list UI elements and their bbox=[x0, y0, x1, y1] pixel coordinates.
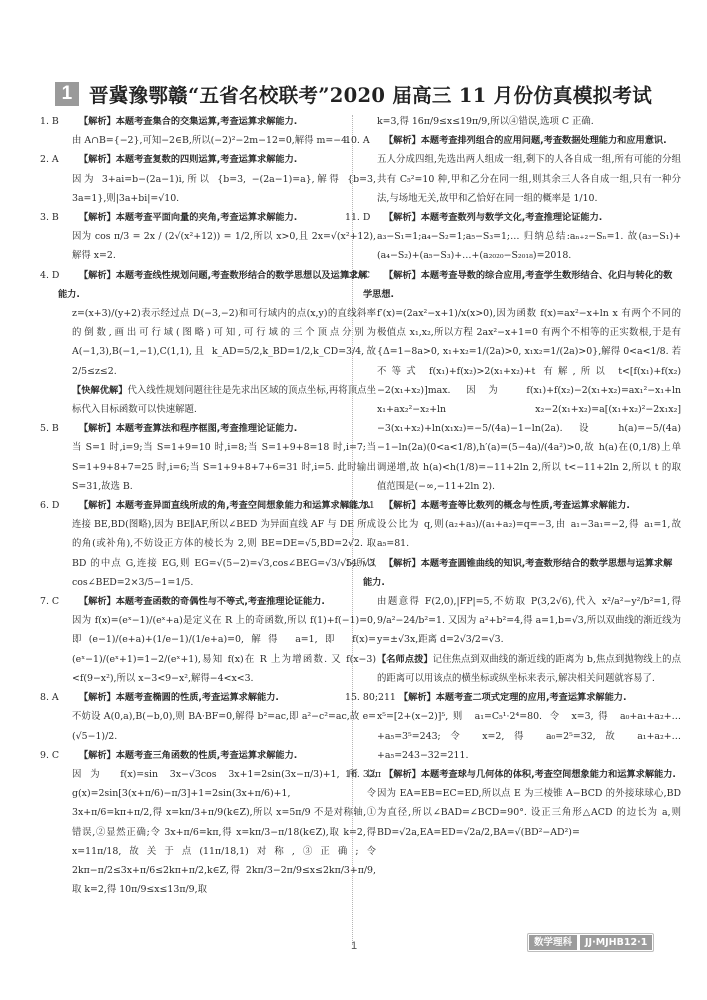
answer-item-13: 13. 81 【解析】本题考查等比数列的概念与性质,考查运算求解能力. 设公比为… bbox=[363, 496, 681, 554]
page-number: 1 bbox=[351, 940, 357, 952]
answer-item-9: 9. C 【解析】本题考查三角函数的性质,考查运算求解能力. 因为 f(x)=s… bbox=[58, 746, 376, 900]
analysis-tag: 【解析】本题考查等比数列的概念与性质,考查运算求解能力. bbox=[384, 500, 630, 511]
answer-item-11: 11. D 【解析】本题考查数列与数学文化,考查推理论证能力. a₃−S₁=1;… bbox=[363, 208, 681, 266]
left-column: 1. B 【解析】本题考查集合的交集运算,考查运算求解能力. 由 A∩B={−2… bbox=[58, 112, 376, 899]
quick-solution-note: 【快解优解】代入线性规划问题往往是先求出区域的顶点坐标,再将顶点坐标代入目标函数… bbox=[58, 381, 376, 419]
answer-body: x⁵=[2+(x−2)]⁵,则 a₁=C₅¹·2⁴=80. 令 x=3,得 a₀… bbox=[363, 707, 681, 765]
analysis-tag: 【解析】本题考查排列组合的应用问题,考查数据处理能力和应用意识. bbox=[384, 135, 667, 146]
answer-item-2: 2. A 【解析】本题考查复数的四则运算,考查运算求解能力. 因为 3+ai=b… bbox=[58, 150, 376, 208]
answer-body: 因为 f(x)=(eˣ−1)/(eˣ+a)是定义在 R 上的奇函数,所以 f(1… bbox=[58, 611, 376, 688]
answer-item-15: 15. 80;211 【解析】本题考查二项式定理的应用,考查运算求解能力. x⁵… bbox=[363, 688, 681, 765]
answer-number: 9. C bbox=[58, 746, 76, 765]
answer-number: 10. A bbox=[363, 131, 381, 150]
analysis-tag: 【解析】本题考查三角函数的性质,考查运算求解能力. bbox=[79, 750, 297, 761]
answer-item-6: 6. D 【解析】本题考查异面直线所成的角,考查空间想象能力和运算求解能力. 连… bbox=[58, 496, 376, 592]
answer-item-8: 8. A 【解析】本题考查椭圆的性质,考查运算求解能力. 不妨设 A(0,a),… bbox=[58, 688, 376, 746]
document-title: 晋冀豫鄂赣“五省名校联考”2020 届高三 11 月份仿真模拟考试 bbox=[89, 80, 652, 108]
footer-tag: 数学理科 JJ·MJHB12·1 bbox=[527, 933, 654, 952]
answer-item-12: 12. C 【解析】本题考查导数的综合应用,考查学生数形结合、化归与转化的数学思… bbox=[363, 266, 681, 496]
answer-body: z=(x+3)/(y+2)表示经过点 D(−3,−2)和可行域内的点(x,y)的… bbox=[58, 304, 376, 381]
answer-item-1: 1. B 【解析】本题考查集合的交集运算,考查运算求解能力. 由 A∩B={−2… bbox=[58, 112, 376, 150]
analysis-tag: 【解析】本题考查圆锥曲线的知识,考查数形结合的数学思想与运算求解能力. bbox=[363, 558, 672, 588]
analysis-tag: 【解析】本题考查函数的奇偶性与不等式,考查推理论证能力. bbox=[79, 596, 325, 607]
analysis-tag: 【解析】本题考查算法和程序框图,考查推理论证能力. bbox=[79, 423, 297, 434]
answer-number: 14. √3 bbox=[363, 554, 381, 573]
answer-number: 5. B bbox=[58, 419, 76, 438]
answer-body: 五人分成四组,先选出两人组成一组,剩下的人各自成一组,所有可能的分组共有 C₅²… bbox=[363, 150, 681, 208]
document-header: 1 晋冀豫鄂赣“五省名校联考”2020 届高三 11 月份仿真模拟考试 bbox=[0, 78, 707, 110]
answer-number: 6. D bbox=[58, 496, 76, 515]
answer-number: 15. 80;211 bbox=[363, 688, 396, 707]
answer-number: 3. B bbox=[58, 208, 76, 227]
answer-number: 12. C bbox=[363, 266, 381, 285]
answer-body: 由题意得 F(2,0),|FP|=5,不妨取 P(3,2√6),代入 x²/a²… bbox=[363, 592, 681, 650]
answer-body: 因为 f(x)=sin 3x−√3cos 3x+1=2sin(3x−π/3)+1… bbox=[58, 765, 376, 899]
analysis-tag: 【解析】本题考查球与几何体的体积,考查空间想象能力和运算求解能力. bbox=[384, 769, 676, 780]
answer-number: 13. 81 bbox=[363, 496, 381, 515]
answer-item-7: 7. C 【解析】本题考查函数的奇偶性与不等式,考查推理论证能力. 因为 f(x… bbox=[58, 592, 376, 688]
analysis-tag: 【解析】本题考查集合的交集运算,考查运算求解能力. bbox=[79, 116, 297, 127]
answer-item-9-continued: k=3,得 16π/9≤x≤19π/9,所以④错误,选项 C 正确. bbox=[363, 112, 681, 131]
answer-body: k=3,得 16π/9≤x≤19π/9,所以④错误,选项 C 正确. bbox=[363, 112, 681, 131]
answer-body: 当 S=1 时,i=9;当 S=1+9=10 时,i=8;当 S=1+9+8=1… bbox=[58, 438, 376, 496]
answer-number: 4. D bbox=[58, 266, 76, 285]
answer-body: a₃−S₁=1;a₄−S₂=1;a₅−S₃=1;… 归纳总结:aₙ₊₂−Sₙ=1… bbox=[363, 227, 681, 265]
answer-number: 7. C bbox=[58, 592, 76, 611]
answer-item-5: 5. B 【解析】本题考查算法和程序框图,考查推理论证能力. 当 S=1 时,i… bbox=[58, 419, 376, 496]
answer-number: 2. A bbox=[58, 150, 76, 169]
answer-item-10: 10. A 【解析】本题考查排列组合的应用问题,考查数据处理能力和应用意识. 五… bbox=[363, 131, 681, 208]
answer-body: 因为 EA=EB=EC=ED,所以点 E 为三棱锥 A−BCD 的外接球球心,B… bbox=[363, 784, 681, 842]
answer-body: 由 A∩B={−2},可知−2∈B,所以(−2)²−2m−12=0,解得 m=−… bbox=[58, 131, 376, 150]
analysis-tag: 【解析】本题考查异面直线所成的角,考查空间想象能力和运算求解能力. bbox=[79, 500, 371, 511]
teacher-tip-note: 【名师点拨】记住焦点到双曲线的渐近线的距离为 b,焦点到抛物线上的点的距离可以用… bbox=[363, 650, 681, 688]
answer-item-4: 4. D 【解析】本题考查线性规划问题,考查数形结合的数学思想以及运算求解能力.… bbox=[58, 266, 376, 381]
subject-label: 数学理科 bbox=[529, 935, 577, 950]
answer-body: 不妨设 A(0,a),B(−b,0),则 BA·BF=0,解得 b²=ac,即 … bbox=[58, 707, 376, 745]
analysis-tag: 【解析】本题考查复数的四则运算,考查运算求解能力. bbox=[79, 154, 297, 165]
document-code: JJ·MJHB12·1 bbox=[580, 935, 652, 950]
answer-body: 因为 cos π/3 = 2x / (2√(x²+12)) = 1/2,所以 x… bbox=[58, 227, 376, 265]
answer-body: f′(x)=(2ax²−x+1)/x(x>0),因为函数 f(x)=ax²−x+… bbox=[363, 304, 681, 496]
answer-body: 连接 BE,BD(图略),因为 BE∥AF,所以∠BED 为异面直线 AF 与 … bbox=[58, 515, 376, 592]
analysis-tag: 【解析】本题考查线性规划问题,考查数形结合的数学思想以及运算求解能力. bbox=[58, 270, 367, 300]
answer-item-14: 14. √3 【解析】本题考查圆锥曲线的知识,考查数形结合的数学思想与运算求解能… bbox=[363, 554, 681, 650]
answer-body: 设公比为 q,则(a₂+a₃)/(a₁+a₂)=q=−3,由 a₁−3a₁=−2… bbox=[363, 515, 681, 553]
analysis-tag: 【解析】本题考查平面向量的夹角,考查运算求解能力. bbox=[79, 212, 297, 223]
analysis-tag: 【解析】本题考查二项式定理的应用,考查运算求解能力. bbox=[399, 692, 626, 703]
analysis-tag: 【解析】本题考查导数的综合应用,考查学生数形结合、化归与转化的数学思想. bbox=[363, 270, 672, 300]
answer-number: 11. D bbox=[363, 208, 381, 227]
answer-number: 16. 32π bbox=[363, 765, 381, 784]
answer-number: 8. A bbox=[58, 688, 76, 707]
note-tag: 【快解优解】 bbox=[72, 385, 128, 396]
section-number-badge: 1 bbox=[55, 82, 79, 106]
answer-body: 因为 3+ai=b−(2a−1)i,所以 {b=3, −(2a−1)=a},解得… bbox=[58, 170, 376, 208]
answer-item-3: 3. B 【解析】本题考查平面向量的夹角,考查运算求解能力. 因为 cos π/… bbox=[58, 208, 376, 266]
note-tag: 【名师点拨】 bbox=[377, 654, 433, 665]
right-column: k=3,得 16π/9≤x≤19π/9,所以④错误,选项 C 正确. 10. A… bbox=[363, 112, 681, 842]
analysis-tag: 【解析】本题考查椭圆的性质,考查运算求解能力. bbox=[79, 692, 279, 703]
answer-number: 1. B bbox=[58, 112, 76, 131]
answer-item-16: 16. 32π 【解析】本题考查球与几何体的体积,考查空间想象能力和运算求解能力… bbox=[363, 765, 681, 842]
analysis-tag: 【解析】本题考查数列与数学文化,考查推理论证能力. bbox=[384, 212, 602, 223]
